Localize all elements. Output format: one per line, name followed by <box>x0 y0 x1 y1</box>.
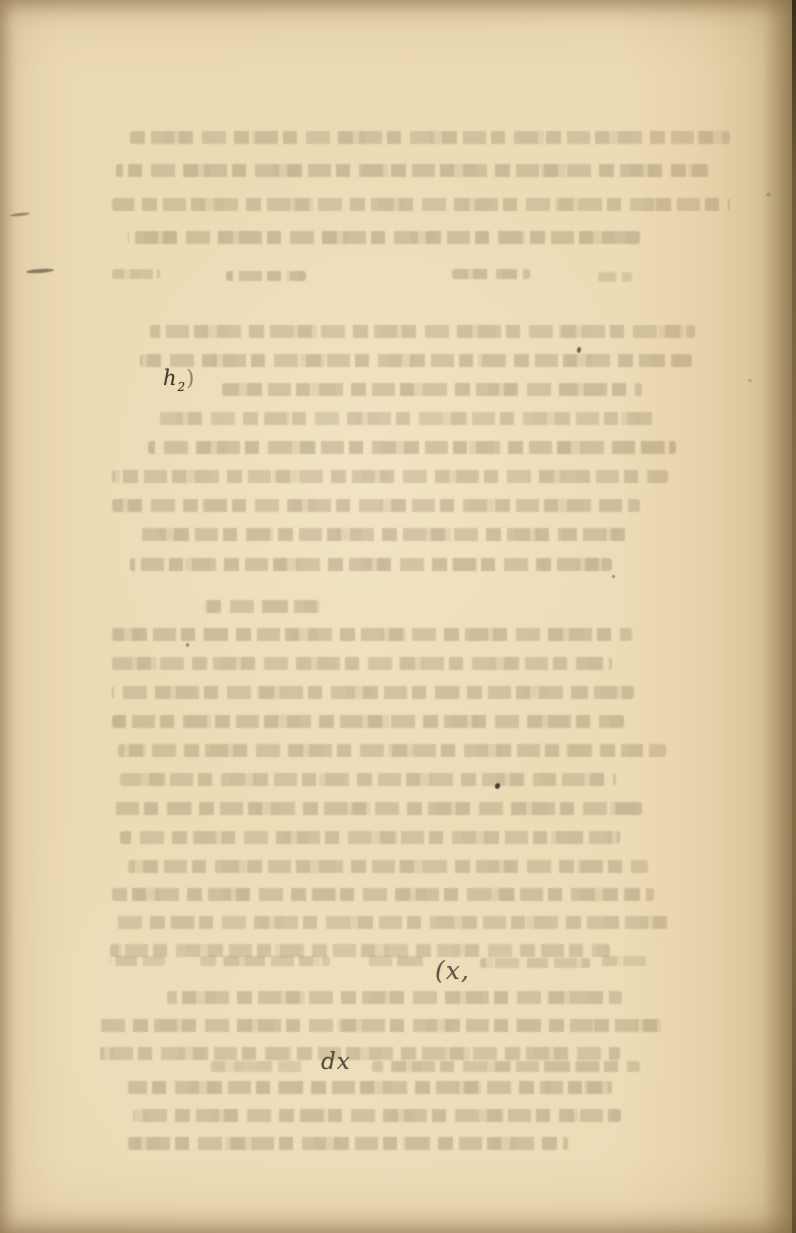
formula-fragment-dx: dx <box>321 1049 351 1075</box>
faint-text-line <box>128 1137 568 1150</box>
faint-text-line <box>140 354 692 367</box>
faint-text-line <box>222 383 642 396</box>
scan-speck <box>576 347 581 354</box>
faint-text-line <box>140 528 632 541</box>
faint-text-line <box>112 715 624 728</box>
faint-text-line <box>167 991 622 1004</box>
faint-text-line <box>150 325 695 338</box>
marginal-label-h2: h2) <box>163 366 195 394</box>
faint-text-line <box>128 860 648 873</box>
faint-text-line <box>112 916 670 929</box>
scan-speck <box>26 268 54 274</box>
faint-text-line <box>120 773 616 786</box>
scan-speck <box>186 643 189 647</box>
page-edge-shadow <box>763 0 793 1233</box>
marginal-label-base: h <box>163 366 178 390</box>
marginal-label-subscript: 2 <box>178 380 187 394</box>
faint-text-line <box>148 441 676 454</box>
faint-text-line <box>598 272 632 282</box>
faint-text-line <box>368 956 428 966</box>
faint-text-line <box>226 271 306 281</box>
faint-text-line <box>110 802 642 815</box>
faint-text-line <box>372 1061 640 1072</box>
faint-text-line <box>200 956 330 966</box>
faint-text-line <box>118 744 666 757</box>
faint-text-line <box>112 269 160 279</box>
formula-fragment-open-paren-x: (x, <box>435 956 470 985</box>
faint-text-line <box>130 558 612 571</box>
faint-text-line <box>128 1081 612 1094</box>
scan-speck <box>10 212 30 217</box>
faint-text-line <box>112 686 634 699</box>
faint-text-line <box>100 1047 620 1060</box>
faint-text-line <box>112 628 632 641</box>
faint-text-line <box>480 958 590 968</box>
faint-text-line <box>112 198 730 211</box>
faint-text-line <box>112 657 612 670</box>
faint-text-line <box>158 412 656 425</box>
faint-text-line <box>110 956 165 966</box>
scan-speck <box>494 782 501 789</box>
scan-speck <box>748 379 752 382</box>
faint-text-line <box>130 131 730 144</box>
faint-text-line <box>205 600 320 613</box>
faint-text-line <box>116 164 708 177</box>
faint-text-line <box>133 1109 621 1122</box>
marginal-label-paren: ) <box>186 366 195 390</box>
faint-text-line <box>120 831 620 844</box>
faint-text-line <box>452 269 530 279</box>
faint-text-line <box>110 944 610 957</box>
faint-text-line <box>100 1019 665 1032</box>
faint-text-line <box>600 956 648 966</box>
book-edge-line <box>792 0 796 1233</box>
scan-speck <box>612 575 615 578</box>
faint-text-line <box>112 888 654 901</box>
scanned-book-page: h2) (x, dx <box>0 0 796 1233</box>
faint-text-line <box>210 1061 305 1072</box>
faint-text-line <box>112 470 668 483</box>
faint-text-line <box>112 499 640 512</box>
faint-text-line <box>128 231 640 244</box>
